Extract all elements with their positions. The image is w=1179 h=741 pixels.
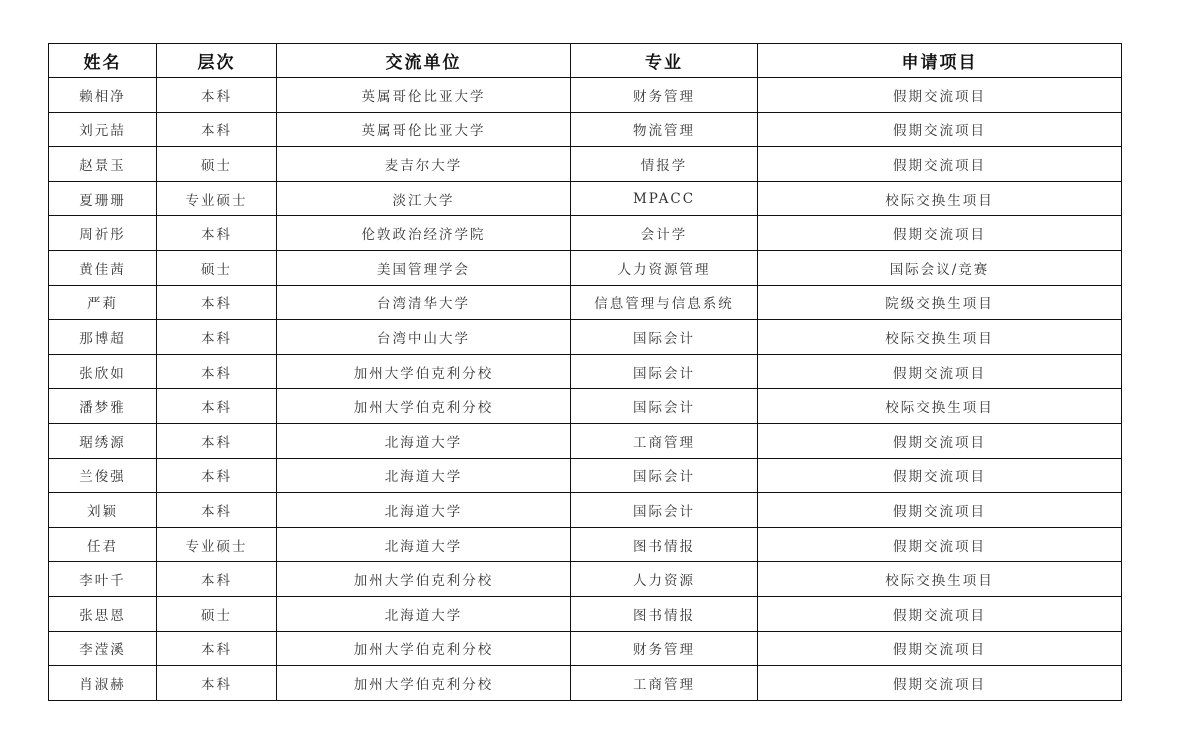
- exchange-roster-table: 姓名 层次 交流单位 专业 申请项目 赖相净 本科 英属哥伦比亚大学 财务管理 …: [48, 43, 1122, 701]
- cell-name: 那博超: [49, 320, 157, 355]
- cell-level: 硕士: [157, 250, 277, 285]
- table-row: 严莉 本科 台湾清华大学 信息管理与信息系统 院级交换生项目: [49, 285, 1122, 320]
- table-row: 李叶千 本科 加州大学伯克利分校 人力资源 校际交换生项目: [49, 562, 1122, 597]
- cell-major: 国际会计: [571, 493, 758, 528]
- cell-name: 刘元喆: [49, 112, 157, 147]
- table-row: 周祈彤 本科 伦敦政治经济学院 会计学 假期交流项目: [49, 216, 1122, 251]
- cell-institution: 英属哥伦比亚大学: [277, 78, 571, 113]
- cell-major: 国际会计: [571, 320, 758, 355]
- cell-program: 校际交换生项目: [758, 181, 1122, 216]
- cell-level: 本科: [157, 458, 277, 493]
- cell-program: 假期交流项目: [758, 493, 1122, 528]
- table-row: 任君 专业硕士 北海道大学 图书情报 假期交流项目: [49, 527, 1122, 562]
- cell-level: 本科: [157, 354, 277, 389]
- cell-name: 潘梦雅: [49, 389, 157, 424]
- cell-institution: 北海道大学: [277, 493, 571, 528]
- header-name: 姓名: [49, 44, 157, 78]
- cell-name: 任君: [49, 527, 157, 562]
- cell-name: 夏珊珊: [49, 181, 157, 216]
- cell-program: 假期交流项目: [758, 423, 1122, 458]
- cell-level: 本科: [157, 666, 277, 701]
- cell-institution: 北海道大学: [277, 527, 571, 562]
- cell-major: 财务管理: [571, 631, 758, 666]
- cell-major: MPACC: [571, 181, 758, 216]
- cell-major: 人力资源: [571, 562, 758, 597]
- cell-institution: 美国管理学会: [277, 250, 571, 285]
- cell-name: 赵景玉: [49, 147, 157, 182]
- table-row: 夏珊珊 专业硕士 淡江大学 MPACC 校际交换生项目: [49, 181, 1122, 216]
- cell-level: 本科: [157, 216, 277, 251]
- cell-major: 物流管理: [571, 112, 758, 147]
- cell-name: 兰俊强: [49, 458, 157, 493]
- cell-level: 硕士: [157, 147, 277, 182]
- cell-program: 校际交换生项目: [758, 389, 1122, 424]
- cell-institution: 伦敦政治经济学院: [277, 216, 571, 251]
- cell-institution: 加州大学伯克利分校: [277, 389, 571, 424]
- table-row: 兰俊强 本科 北海道大学 国际会计 假期交流项目: [49, 458, 1122, 493]
- table-row: 肖淑赫 本科 加州大学伯克利分校 工商管理 假期交流项目: [49, 666, 1122, 701]
- cell-level: 本科: [157, 112, 277, 147]
- cell-major: 信息管理与信息系统: [571, 285, 758, 320]
- cell-institution: 北海道大学: [277, 596, 571, 631]
- cell-institution: 加州大学伯克利分校: [277, 354, 571, 389]
- table-row: 李滢溪 本科 加州大学伯克利分校 财务管理 假期交流项目: [49, 631, 1122, 666]
- cell-major: 国际会计: [571, 389, 758, 424]
- cell-major: 人力资源管理: [571, 250, 758, 285]
- cell-institution: 台湾中山大学: [277, 320, 571, 355]
- table-row: 潘梦雅 本科 加州大学伯克利分校 国际会计 校际交换生项目: [49, 389, 1122, 424]
- cell-name: 周祈彤: [49, 216, 157, 251]
- cell-major: 财务管理: [571, 78, 758, 113]
- table-row: 张思恩 硕士 北海道大学 图书情报 假期交流项目: [49, 596, 1122, 631]
- cell-name: 刘颖: [49, 493, 157, 528]
- cell-name: 黄佳茜: [49, 250, 157, 285]
- header-row: 姓名 层次 交流单位 专业 申请项目: [49, 44, 1122, 78]
- cell-program: 校际交换生项目: [758, 320, 1122, 355]
- table-row: 赖相净 本科 英属哥伦比亚大学 财务管理 假期交流项目: [49, 78, 1122, 113]
- cell-program: 假期交流项目: [758, 527, 1122, 562]
- cell-major: 图书情报: [571, 596, 758, 631]
- cell-name: 严莉: [49, 285, 157, 320]
- cell-major: 工商管理: [571, 423, 758, 458]
- cell-institution: 麦吉尔大学: [277, 147, 571, 182]
- table-row: 黄佳茜 硕士 美国管理学会 人力资源管理 国际会议/竞赛: [49, 250, 1122, 285]
- cell-major: 国际会计: [571, 458, 758, 493]
- table-row: 刘颖 本科 北海道大学 国际会计 假期交流项目: [49, 493, 1122, 528]
- cell-program: 校际交换生项目: [758, 562, 1122, 597]
- table-row: 琚绣源 本科 北海道大学 工商管理 假期交流项目: [49, 423, 1122, 458]
- cell-institution: 英属哥伦比亚大学: [277, 112, 571, 147]
- cell-level: 硕士: [157, 596, 277, 631]
- cell-major: 会计学: [571, 216, 758, 251]
- table-row: 刘元喆 本科 英属哥伦比亚大学 物流管理 假期交流项目: [49, 112, 1122, 147]
- cell-institution: 北海道大学: [277, 458, 571, 493]
- cell-program: 假期交流项目: [758, 458, 1122, 493]
- cell-level: 本科: [157, 389, 277, 424]
- header-program: 申请项目: [758, 44, 1122, 78]
- cell-level: 本科: [157, 285, 277, 320]
- cell-major: 图书情报: [571, 527, 758, 562]
- cell-institution: 淡江大学: [277, 181, 571, 216]
- header-institution: 交流单位: [277, 44, 571, 78]
- cell-program: 假期交流项目: [758, 112, 1122, 147]
- cell-program: 假期交流项目: [758, 78, 1122, 113]
- cell-name: 张思恩: [49, 596, 157, 631]
- cell-name: 李滢溪: [49, 631, 157, 666]
- cell-level: 专业硕士: [157, 527, 277, 562]
- cell-name: 张欣如: [49, 354, 157, 389]
- cell-major: 情报学: [571, 147, 758, 182]
- header-major: 专业: [571, 44, 758, 78]
- cell-program: 院级交换生项目: [758, 285, 1122, 320]
- cell-level: 本科: [157, 631, 277, 666]
- cell-major: 工商管理: [571, 666, 758, 701]
- table-row: 那博超 本科 台湾中山大学 国际会计 校际交换生项目: [49, 320, 1122, 355]
- cell-program: 假期交流项目: [758, 354, 1122, 389]
- cell-program: 假期交流项目: [758, 216, 1122, 251]
- table-row: 张欣如 本科 加州大学伯克利分校 国际会计 假期交流项目: [49, 354, 1122, 389]
- cell-name: 赖相净: [49, 78, 157, 113]
- cell-level: 本科: [157, 493, 277, 528]
- cell-level: 本科: [157, 423, 277, 458]
- cell-program: 假期交流项目: [758, 147, 1122, 182]
- table-row: 赵景玉 硕士 麦吉尔大学 情报学 假期交流项目: [49, 147, 1122, 182]
- cell-program: 国际会议/竞赛: [758, 250, 1122, 285]
- cell-institution: 加州大学伯克利分校: [277, 631, 571, 666]
- cell-name: 李叶千: [49, 562, 157, 597]
- cell-program: 假期交流项目: [758, 666, 1122, 701]
- cell-program: 假期交流项目: [758, 631, 1122, 666]
- cell-name: 琚绣源: [49, 423, 157, 458]
- cell-level: 本科: [157, 320, 277, 355]
- cell-major: 国际会计: [571, 354, 758, 389]
- cell-program: 假期交流项目: [758, 596, 1122, 631]
- cell-institution: 加州大学伯克利分校: [277, 666, 571, 701]
- cell-level: 本科: [157, 78, 277, 113]
- cell-institution: 加州大学伯克利分校: [277, 562, 571, 597]
- header-level: 层次: [157, 44, 277, 78]
- cell-level: 专业硕士: [157, 181, 277, 216]
- cell-name: 肖淑赫: [49, 666, 157, 701]
- cell-level: 本科: [157, 562, 277, 597]
- cell-institution: 台湾清华大学: [277, 285, 571, 320]
- cell-institution: 北海道大学: [277, 423, 571, 458]
